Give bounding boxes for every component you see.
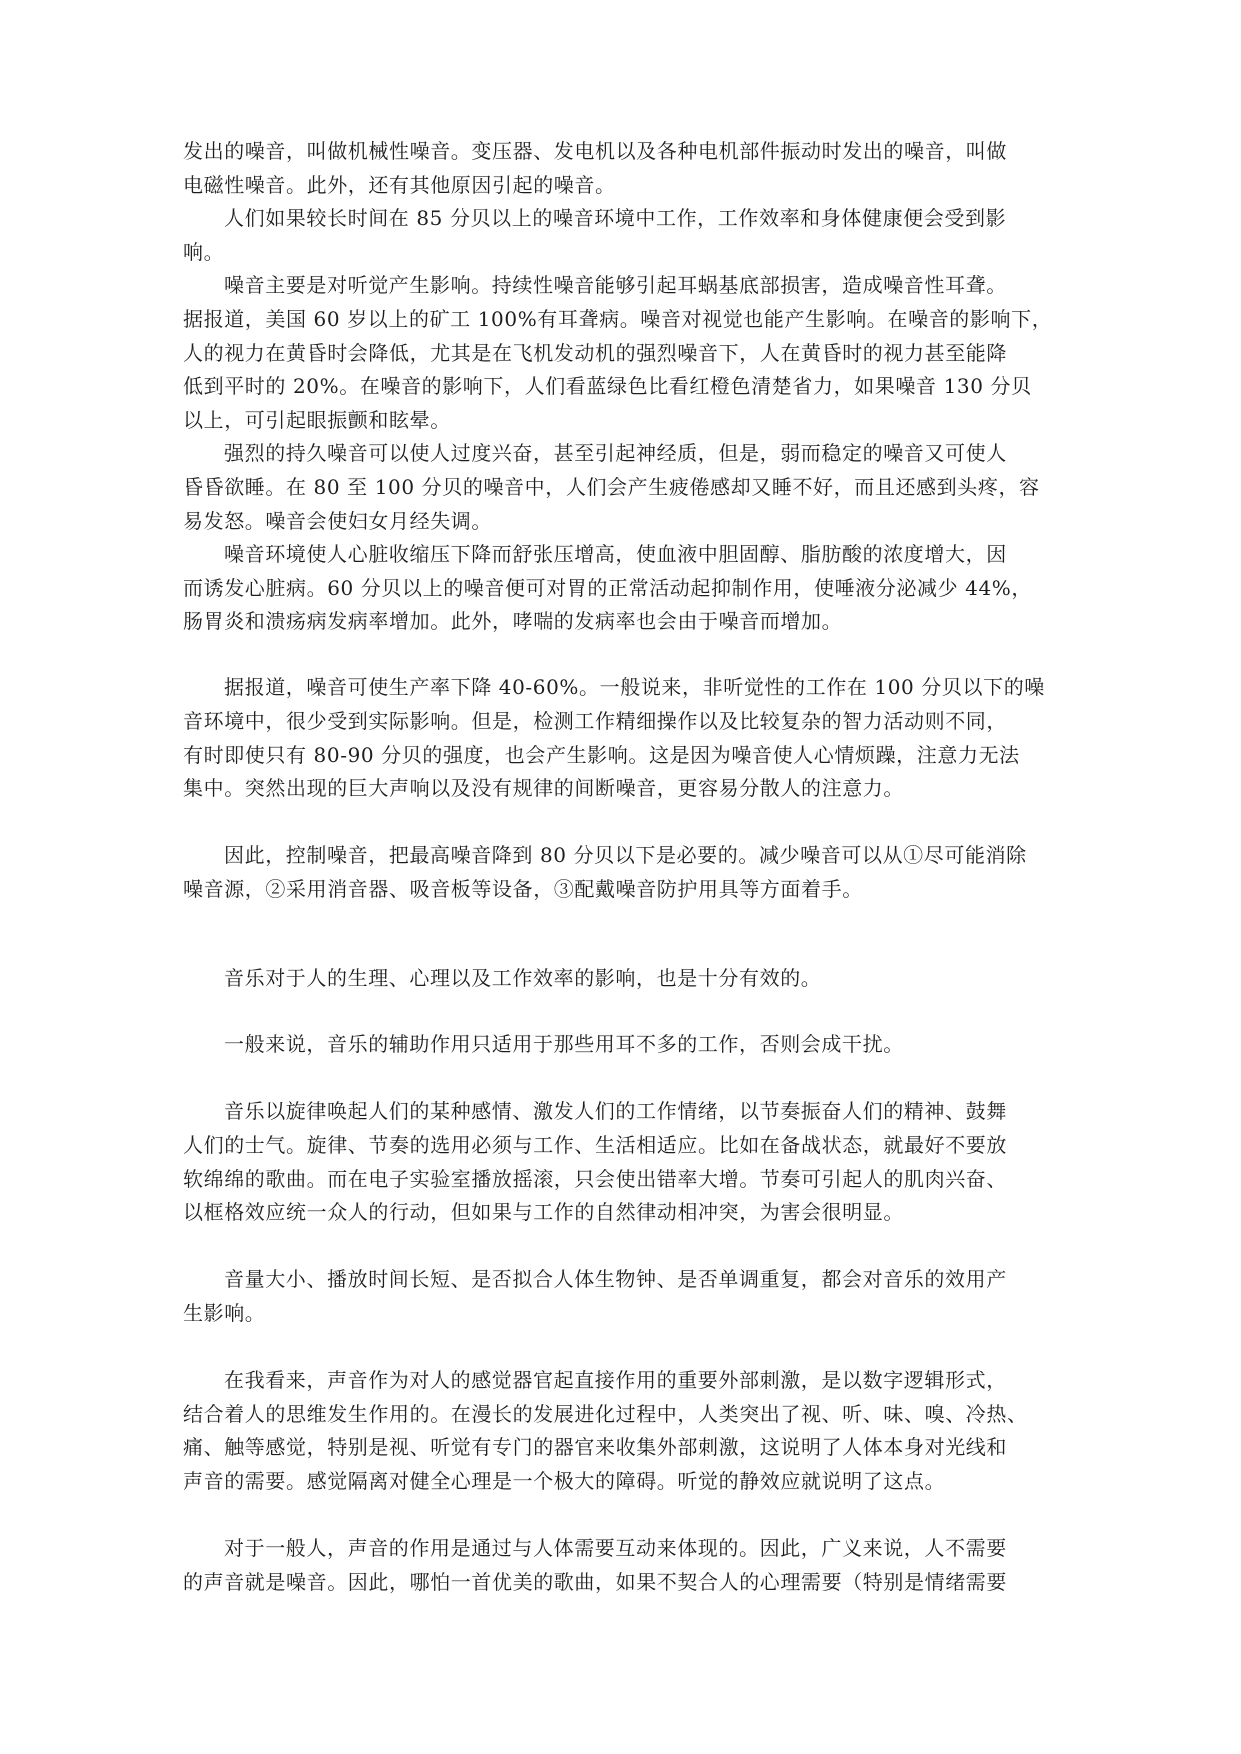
paragraph-line: 据报道，噪音可使生产率下降 40-60%。一般说来，非听觉性的工作在 100 分… xyxy=(224,672,1104,702)
paragraph-line: 软绵绵的歌曲。而在电子实验室播放摇滚，只会使出错率大增。节奏可引起人的肌肉兴奋、 xyxy=(183,1164,1063,1194)
paragraph-line: 发出的噪音，叫做机械性噪音。变压器、发电机以及各种电机部件振动时发出的噪音，叫做 xyxy=(183,136,1063,166)
paragraph-line: 噪音源，②采用消音器、吸音板等设备，③配戴噪音防护用具等方面着手。 xyxy=(183,874,1063,904)
paragraph-line: 对于一般人，声音的作用是通过与人体需要互动来体现的。因此，广义来说，人不需要 xyxy=(224,1533,1104,1563)
paragraph-line: 结合着人的思维发生作用的。在漫长的发展进化过程中，人类突出了视、听、味、嗅、冷热… xyxy=(183,1399,1063,1429)
paragraph-line: 的声音就是噪音。因此，哪怕一首优美的歌曲，如果不契合人的心理需要（特别是情绪需要 xyxy=(183,1567,1063,1597)
paragraph-line: 痛、触等感觉，特别是视、听觉有专门的器官来收集外部刺激，这说明了人体本身对光线和 xyxy=(183,1432,1063,1462)
paragraph-line: 声音的需要。感觉隔离对健全心理是一个极大的障碍。听觉的静效应就说明了这点。 xyxy=(183,1466,1063,1496)
paragraph-line: 肠胃炎和溃疡病发病率增加。此外，哮喘的发病率也会由于噪音而增加。 xyxy=(183,606,1063,636)
paragraph-line: 人的视力在黄昏时会降低，尤其是在飞机发动机的强烈噪音下，人在黄昏时的视力甚至能降 xyxy=(183,338,1063,368)
paragraph-line: 据报道，美国 60 岁以上的矿工 100%有耳聋病。噪音对视觉也能产生影响。在噪… xyxy=(183,304,1063,334)
document-page: 发出的噪音，叫做机械性噪音。变压器、发电机以及各种电机部件振动时发出的噪音，叫做… xyxy=(0,0,1241,1754)
paragraph-line: 音乐以旋律唤起人们的某种感情、激发人们的工作情绪，以节奏振奋人们的精神、鼓舞 xyxy=(224,1096,1104,1126)
paragraph-line: 音乐对于人的生理、心理以及工作效率的影响，也是十分有效的。 xyxy=(224,963,1104,993)
paragraph-line: 人们如果较长时间在 85 分贝以上的噪音环境中工作，工作效率和身体健康便会受到影 xyxy=(224,203,1104,233)
paragraph-line: 一般来说，音乐的辅助作用只适用于那些用耳不多的工作，否则会成干扰。 xyxy=(224,1029,1104,1059)
paragraph-line: 低到平时的 20%。在噪音的影响下，人们看蓝绿色比看红橙色清楚省力，如果噪音 1… xyxy=(183,371,1063,401)
paragraph-line: 音量大小、播放时间长短、是否拟合人体生物钟、是否单调重复，都会对音乐的效用产 xyxy=(224,1264,1104,1294)
paragraph-line: 强烈的持久噪音可以使人过度兴奋，甚至引起神经质，但是，弱而稳定的噪音又可使人 xyxy=(224,438,1104,468)
paragraph-line: 有时即使只有 80-90 分贝的强度，也会产生影响。这是因为噪音使人心情烦躁，注… xyxy=(183,740,1063,770)
paragraph-line: 以框格效应统一众人的行动，但如果与工作的自然律动相冲突，为害会很明显。 xyxy=(183,1197,1063,1227)
paragraph-line: 而诱发心脏病。60 分贝以上的噪音便可对胃的正常活动起抑制作用，使唾液分泌减少 … xyxy=(183,573,1063,603)
paragraph-line: 在我看来，声音作为对人的感觉器官起直接作用的重要外部刺激，是以数字逻辑形式， xyxy=(224,1365,1104,1395)
paragraph-line: 音环境中，很少受到实际影响。但是，检测工作精细操作以及比较复杂的智力活动则不同， xyxy=(183,706,1063,736)
paragraph-line: 昏昏欲睡。在 80 至 100 分贝的噪音中，人们会产生疲倦感却又睡不好，而且还… xyxy=(183,472,1063,502)
paragraph-line: 集中。突然出现的巨大声响以及没有规律的间断噪音，更容易分散人的注意力。 xyxy=(183,773,1063,803)
paragraph-line: 以上，可引起眼振颤和眩晕。 xyxy=(183,405,1063,435)
paragraph-line: 噪音主要是对听觉产生影响。持续性噪音能够引起耳蜗基底部损害，造成噪音性耳聋。 xyxy=(224,270,1104,300)
paragraph-line: 响。 xyxy=(183,237,1063,267)
paragraph-line: 电磁性噪音。此外，还有其他原因引起的噪音。 xyxy=(183,170,1063,200)
paragraph-line: 生影响。 xyxy=(183,1298,1063,1328)
paragraph-line: 因此，控制噪音，把最高噪音降到 80 分贝以下是必要的。减少噪音可以从①尽可能消… xyxy=(224,840,1104,870)
paragraph-line: 易发怒。噪音会使妇女月经失调。 xyxy=(183,506,1063,536)
paragraph-line: 人们的士气。旋律、节奏的选用必须与工作、生活相适应。比如在备战状态，就最好不要放 xyxy=(183,1130,1063,1160)
paragraph-line: 噪音环境使人心脏收缩压下降而舒张压增高，使血液中胆固醇、脂肪酸的浓度增大，因 xyxy=(224,539,1104,569)
